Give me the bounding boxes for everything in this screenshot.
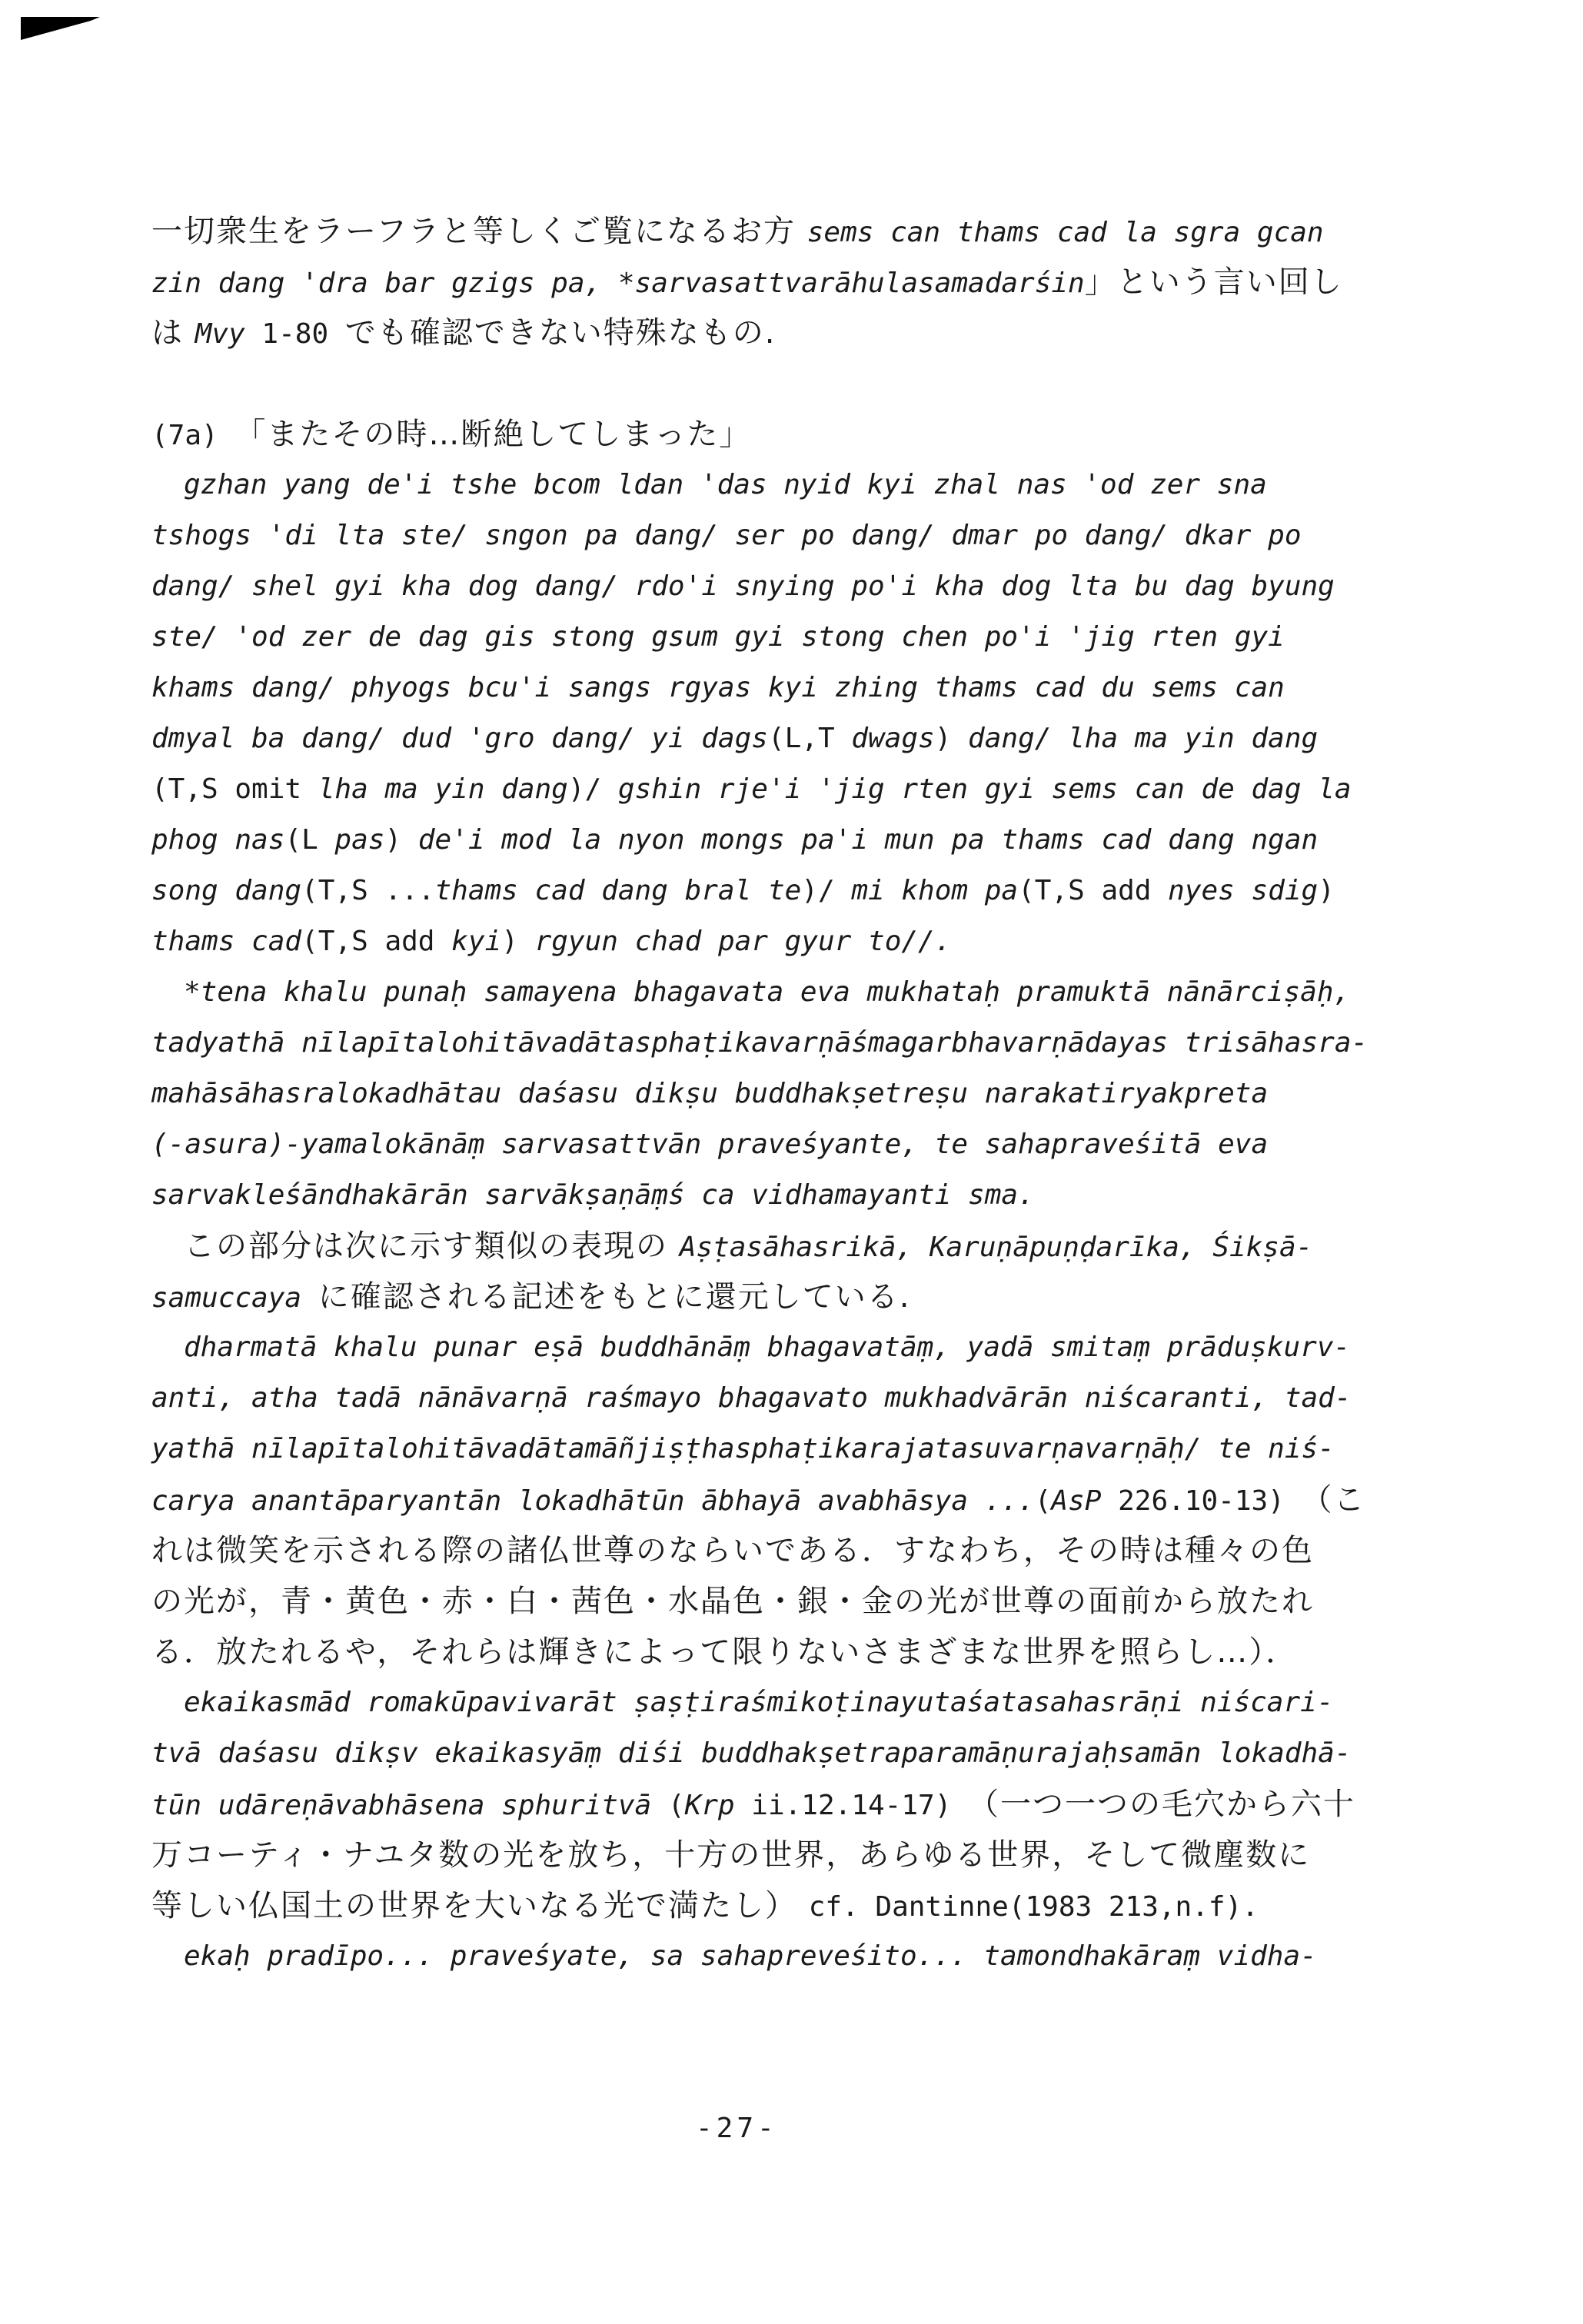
text-line: tshogs 'di lta ste/ sngon pa dang/ ser p… [151, 510, 1412, 561]
roman-text: 226.10-13) [1101, 1485, 1301, 1517]
text-line: dharmatā khalu punar eṣā buddhānāṃ bhaga… [151, 1322, 1412, 1373]
transliteration-text: lha ma yin dang [318, 773, 568, 805]
transliteration-text: pas [334, 824, 384, 856]
transliteration-text: dang/ lha ma yin dang [968, 723, 1318, 754]
transliteration-text: song dang [151, 875, 301, 906]
japanese-text: 万コーティ・ナユタ数の光を放ち，十方の世界，あらゆる世界，そして微塵数に [151, 1837, 1310, 1873]
text-line: anti, atha tadā nānāvarṇā raśmayo bhagav… [151, 1373, 1412, 1424]
text-line: tūn udāreṇāvabhāsena sphuritvā (Krp ii.1… [151, 1779, 1412, 1830]
japanese-text: る．放たれるや，それらは輝きによって限りないさまざまな世界を照らし…）． [151, 1634, 1298, 1670]
japanese-text: （一つ一つの毛穴から六十 [968, 1787, 1355, 1822]
transliteration-text: kyi [451, 926, 501, 957]
transliteration-text: Mvy [195, 318, 245, 350]
japanese-text: 」という言い回し [1085, 264, 1343, 300]
roman-text: (7a) [151, 420, 234, 451]
japanese-text: 等しい仏国土の世界を大いなる光で満たし） [151, 1888, 809, 1923]
text-line: tvā daśasu dikṣv ekaikasyāṃ diśi buddhak… [151, 1728, 1412, 1779]
roman-text: ) [384, 824, 417, 856]
transliteration-text: gzhan yang de'i tshe bcom ldan 'das nyid… [184, 469, 1267, 500]
text-line: この部分は次に示す類似の表現の Aṣṭasāhasrikā, Karuṇāpuṇ… [151, 1221, 1412, 1272]
text-line: tadyathā nīlapītalohitāvadātasphaṭikavar… [151, 1018, 1412, 1069]
japanese-text: に確認される記述をもとに還元している. [318, 1279, 911, 1315]
japanese-text: （こ [1302, 1482, 1366, 1518]
text-line: khams dang/ phyogs bcu'i sangs rgyas kyi… [151, 663, 1412, 713]
japanese-text: でも確認できない特殊なもの. [345, 315, 777, 351]
text-line: samuccaya に確認される記述をもとに還元している. [151, 1272, 1412, 1322]
transliteration-text: zin dang 'dra bar gzigs pa, *sarvasattva… [151, 268, 1085, 299]
roman-text: (T,S omit [151, 773, 318, 805]
text-line: yathā nīlapītalohitāvadātamāñjiṣṭhasphaṭ… [151, 1424, 1412, 1475]
text-line: れは微笑を示される際の諸仏世尊のならいである．すなわち，その時は種々の色 [151, 1525, 1412, 1576]
text-line: ekaḥ pradīpo... praveśyate, sa sahapreve… [151, 1931, 1412, 1982]
text-line: 等しい仏国土の世界を大いなる光で満たし） cf. Dantinne(1983 2… [151, 1880, 1412, 1931]
text-line: dmyal ba dang/ dud 'gro dang/ yi dags(L,… [151, 713, 1412, 764]
text-line: dang/ shel gyi kha dog dang/ rdo'i snyin… [151, 561, 1412, 612]
transliteration-text: tshogs 'di lta ste/ sngon pa dang/ ser p… [151, 520, 1302, 551]
roman-text: 1-80 [245, 318, 345, 350]
text-line: (T,S omit lha ma yin dang)/ gshin rje'i … [151, 764, 1412, 815]
text-line: sarvakleśāndhakārān sarvākṣaṇāṃś ca vidh… [151, 1170, 1412, 1221]
transliteration-text: mahāsāhasralokadhātau daśasu dikṣu buddh… [151, 1078, 1268, 1109]
transliteration-text: (-asura)-yamalokānāṃ sarvasattvān praveś… [151, 1129, 1268, 1160]
roman-text: (T,S add [301, 926, 451, 957]
transliteration-text: carya anantāparyantān lokadhātūn ābhayā … [151, 1485, 1035, 1517]
text-line: ste/ 'od zer de dag gis stong gsum gyi s… [151, 612, 1412, 663]
japanese-text: 「またその時…断絶してしまった」 [234, 417, 751, 452]
transliteration-text: ekaikasmād romakūpavivarāt ṣaṣṭiraśmikoṭ… [184, 1687, 1334, 1718]
roman-text: )/ [568, 773, 618, 805]
scan-artifact-corner-mark [0, 0, 154, 62]
text-line: song dang(T,S ...thams cad dang bral te)… [151, 866, 1412, 916]
page-number: -27- [696, 2113, 778, 2144]
text-line: ekaikasmād romakūpavivarāt ṣaṣṭiraśmikoṭ… [151, 1677, 1412, 1728]
transliteration-text: tadyathā nīlapītalohitāvadātasphaṭikavar… [151, 1027, 1368, 1059]
text-line: gzhan yang de'i tshe bcom ldan 'das nyid… [151, 460, 1412, 510]
roman-text: ( [668, 1790, 685, 1821]
text-line: る．放たれるや，それらは輝きによって限りないさまざまな世界を照らし…）． [151, 1627, 1412, 1677]
roman-text: ) [501, 926, 534, 957]
text-line: の光が，青・黄色・赤・白・茜色・水晶色・銀・金の光が世尊の面前から放たれ [151, 1576, 1412, 1627]
japanese-text: 一切衆生をラーフラと等しくご覧になるお方 [151, 214, 807, 249]
text-line: zin dang 'dra bar gzigs pa, *sarvasattva… [151, 257, 1412, 308]
roman-text: ) [1318, 875, 1335, 906]
japanese-text: の光が，青・黄色・赤・白・茜色・水晶色・銀・金の光が世尊の面前から放たれ [151, 1584, 1314, 1619]
transliteration-text: ste/ 'od zer de dag gis stong gsum gyi s… [151, 621, 1285, 653]
text-line: (-asura)-yamalokānāṃ sarvasattvān praveś… [151, 1119, 1412, 1170]
transliteration-text: samuccaya [151, 1282, 318, 1314]
roman-text: ii.12.14-17) [735, 1790, 968, 1821]
transliteration-text: dang/ shel gyi kha dog dang/ rdo'i snyin… [151, 570, 1335, 602]
roman-text: )/ [801, 875, 851, 906]
transliteration-text: de'i mod la nyon mongs pa'i mun pa thams… [418, 824, 1318, 856]
text-line: 一切衆生をラーフラと等しくご覧になるお方 sems can thams cad … [151, 206, 1412, 257]
text-line: は Mvy 1-80 でも確認できない特殊なもの. [151, 308, 1412, 358]
transliteration-text: rgyun chad par gyur to//. [535, 926, 952, 957]
text-line: carya anantāparyantān lokadhātūn ābhayā … [151, 1475, 1412, 1525]
text-line: *tena khalu punaḥ samayena bhagavata eva… [151, 967, 1412, 1018]
transliteration-text: thams cad dang bral te [434, 875, 801, 906]
transliteration-text: tvā daśasu dikṣv ekaikasyāṃ diśi buddhak… [151, 1737, 1352, 1769]
section-heading: (7a) 「またその時…断絶してしまった」 [151, 409, 1412, 460]
roman-text: ) [935, 723, 968, 754]
transliteration-text: sarvakleśāndhakārān sarvākṣaṇāṃś ca vidh… [151, 1179, 1035, 1211]
transliteration-text: Aṣṭasāhasrikā, Karuṇāpuṇḍarīka, Śikṣā- [680, 1232, 1313, 1263]
transliteration-text: gshin rje'i 'jig rten gyi sems can de da… [618, 773, 1352, 805]
transliteration-text: anti, atha tadā nānāvarṇā raśmayo bhagav… [151, 1382, 1352, 1414]
transliteration-text: yathā nīlapītalohitāvadātamāñjiṣṭhasphaṭ… [151, 1433, 1335, 1465]
transliteration-text: sems can thams cad la sgra gcan [807, 217, 1324, 248]
transliteration-text: khams dang/ phyogs bcu'i sangs rgyas kyi… [151, 672, 1285, 703]
transliteration-text: thams cad [151, 926, 301, 957]
roman-text: (L,T [768, 723, 851, 754]
transliteration-text: nyes sdig [1168, 875, 1318, 906]
transliteration-text: phog nas [151, 824, 284, 856]
roman-text: cf. Dantinne(1983 213,n.f). [809, 1891, 1259, 1923]
transliteration-text: ekaḥ pradīpo... praveśyate, sa sahapreve… [184, 1940, 1317, 1972]
japanese-text: は [151, 315, 195, 351]
transliteration-text: dwags [851, 723, 934, 754]
text-line: 万コーティ・ナユタ数の光を放ち，十方の世界，あらゆる世界，そして微塵数に [151, 1830, 1412, 1880]
roman-text: ( [1035, 1485, 1052, 1517]
text-line: mahāsāhasralokadhātau daśasu dikṣu buddh… [151, 1069, 1412, 1119]
scanned-page: 一切衆生をラーフラと等しくご覧になるお方 sems can thams cad … [0, 0, 1583, 2324]
japanese-text: この部分は次に示す類似の表現の [184, 1228, 680, 1264]
roman-text: (T,S add [1018, 875, 1168, 906]
roman-text: (T,S ... [301, 875, 434, 906]
transliteration-text: tūn udāreṇāvabhāsena sphuritvā [151, 1790, 668, 1821]
roman-text: (L [284, 824, 334, 856]
transliteration-text: dmyal ba dang/ dud 'gro dang/ yi dags [151, 723, 768, 754]
text-line: thams cad(T,S add kyi) rgyun chad par gy… [151, 916, 1412, 967]
japanese-text: れは微笑を示される際の諸仏世尊のならいである．すなわち，その時は種々の色 [151, 1533, 1314, 1568]
transliteration-text: Krp [685, 1790, 735, 1821]
transliteration-text: AsP [1051, 1485, 1101, 1517]
transliteration-text: dharmatā khalu punar eṣā buddhānāṃ bhaga… [184, 1332, 1350, 1363]
transliteration-text: mi khom pa [851, 875, 1018, 906]
page-text: 一切衆生をラーフラと等しくご覧になるお方 sems can thams cad … [151, 206, 1412, 1982]
text-line: phog nas(L pas) de'i mod la nyon mongs p… [151, 815, 1412, 866]
transliteration-text: *tena khalu punaḥ samayena bhagavata eva… [184, 976, 1350, 1008]
